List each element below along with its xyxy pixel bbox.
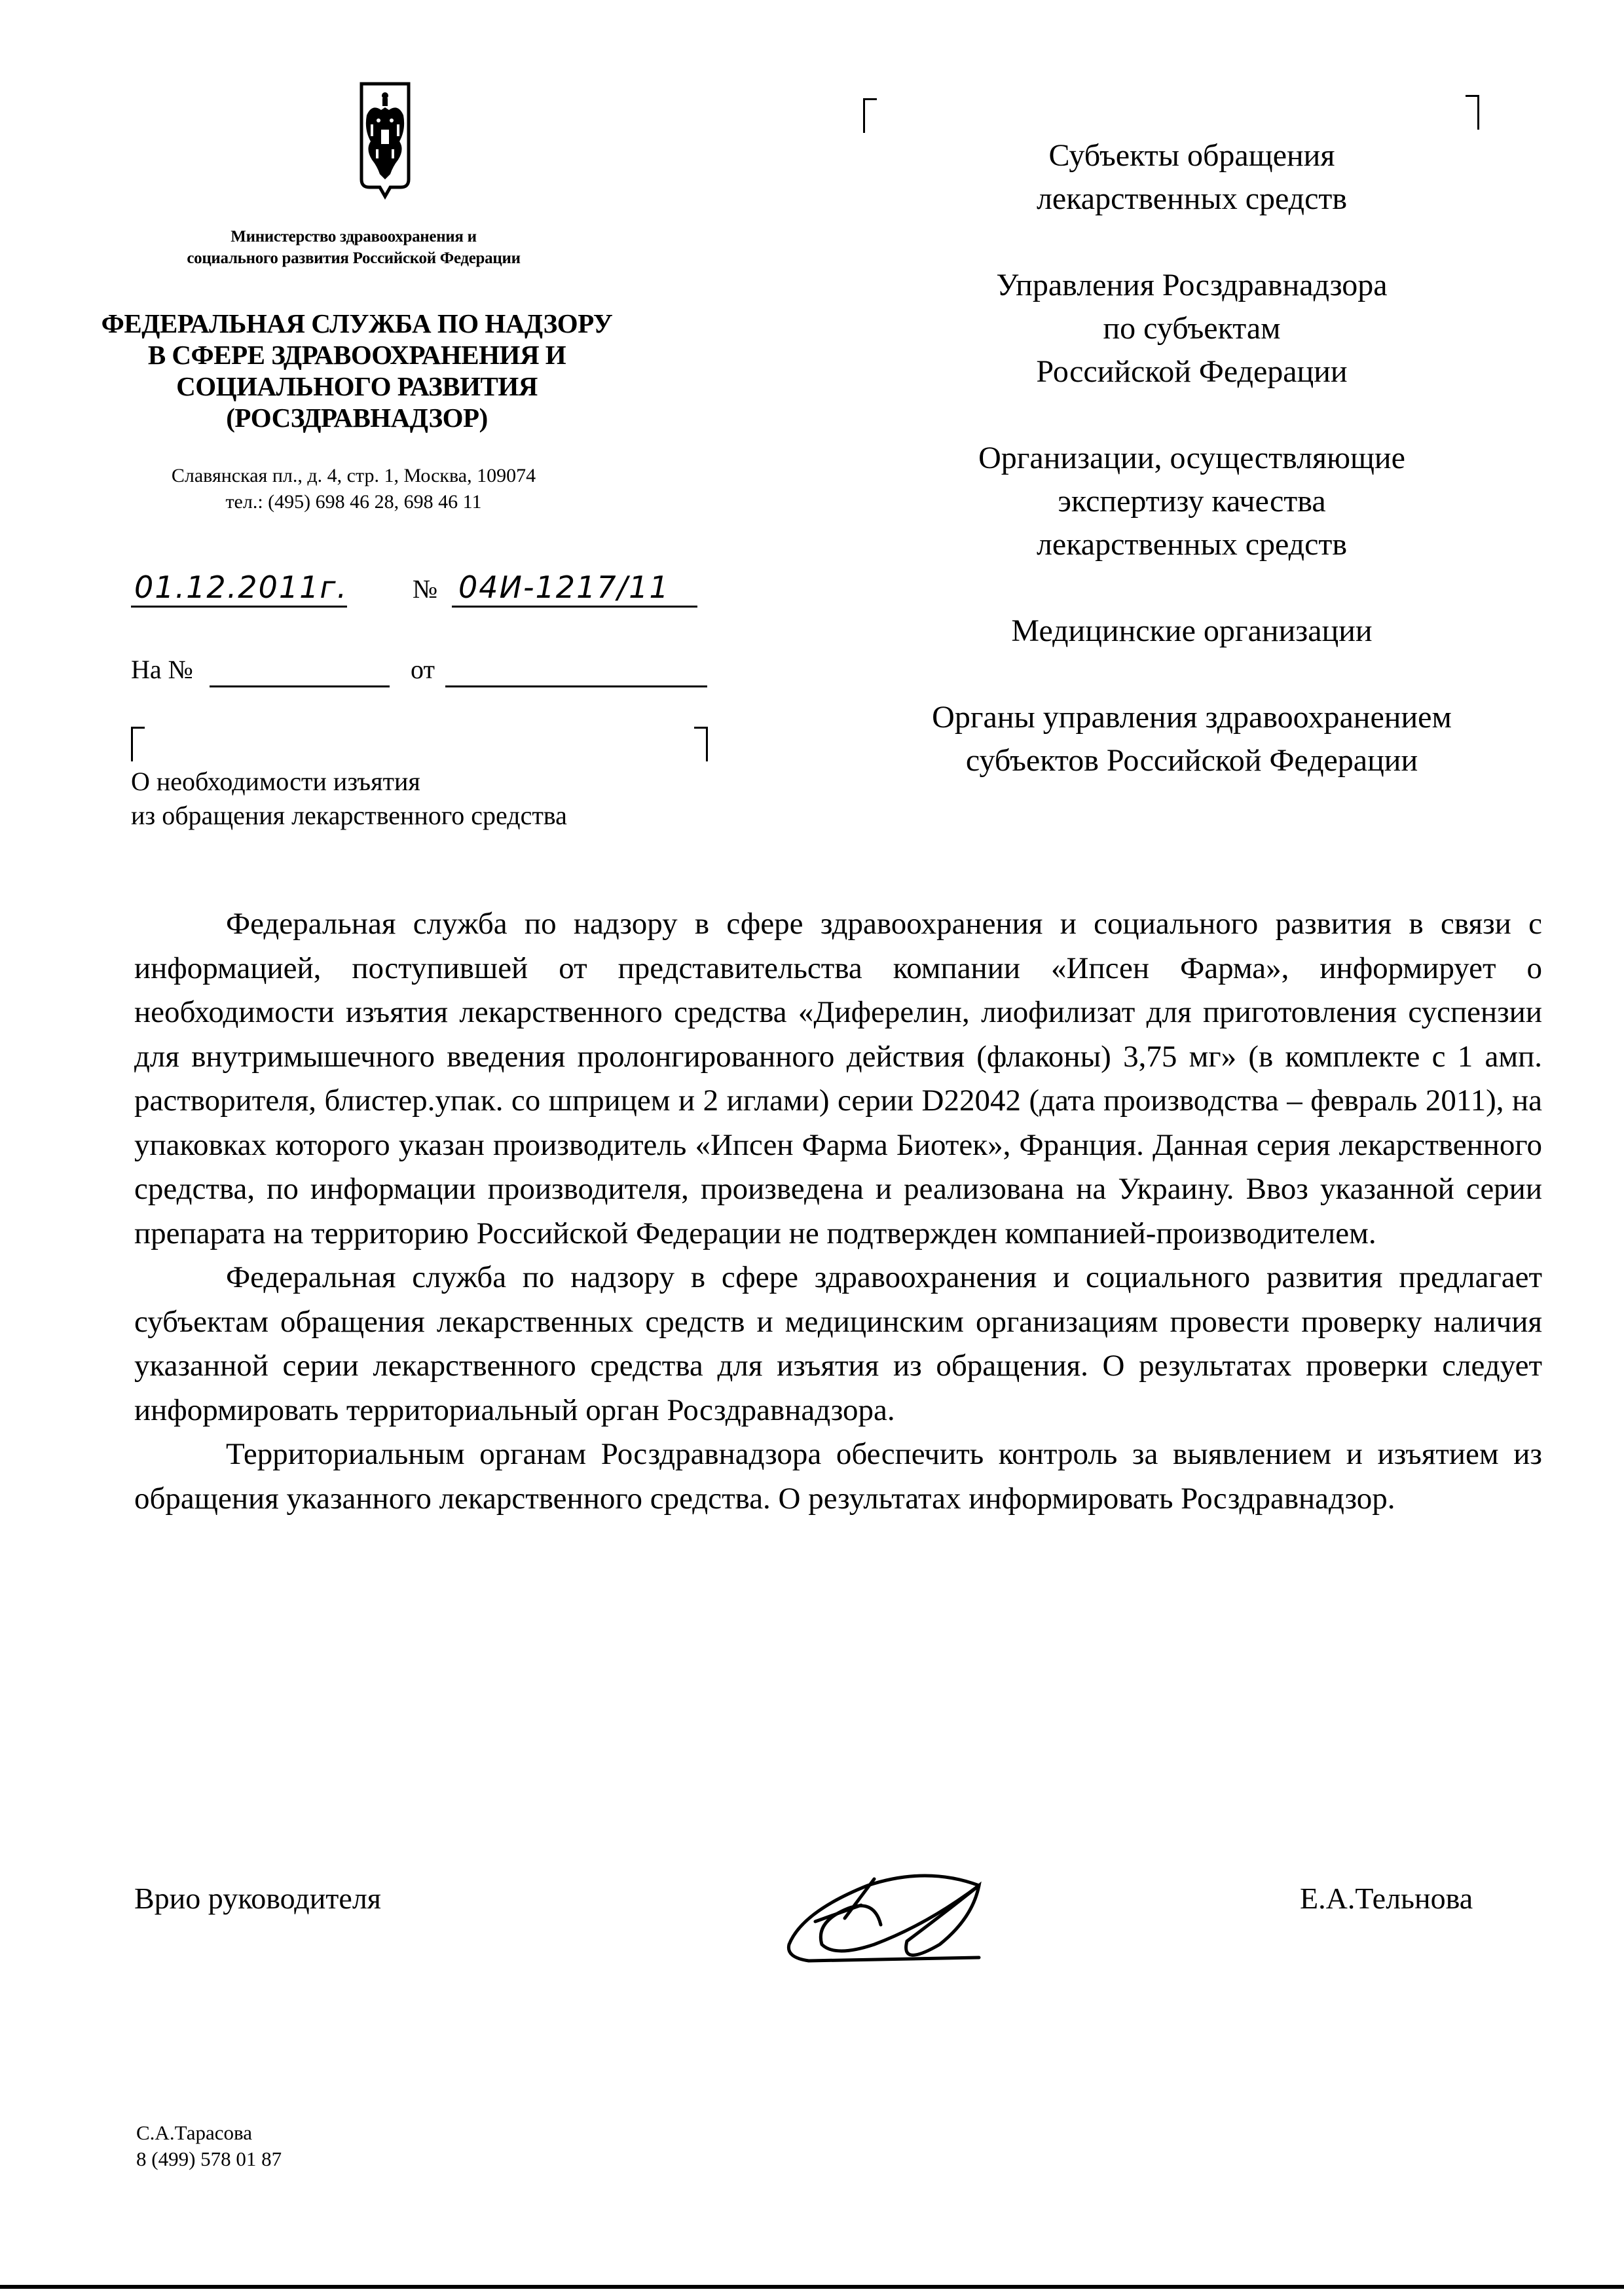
handwritten-signature-icon	[783, 1859, 1005, 1971]
service-name: ФЕДЕРАЛЬНАЯ СЛУЖБА ПО НАДЗОРУ В СФЕРЕ ЗД…	[72, 308, 642, 433]
addressee: Органы управления здравоохранением субъе…	[851, 696, 1532, 782]
addressee-line: Организации, осуществляющие	[851, 437, 1532, 480]
address-line: Славянская пл., д. 4, стр. 1, Москва, 10…	[98, 463, 609, 489]
outgoing-number-field: 04И-1217/11	[452, 570, 697, 608]
addressee-line: лекарственных средств	[851, 523, 1532, 566]
outgoing-date-field: 01.12.2011г.	[131, 570, 347, 608]
service-line: СОЦИАЛЬНОГО РАЗВИТИЯ	[72, 371, 642, 402]
body-paragraph: Территориальным органам Росздравнадзора …	[134, 1432, 1542, 1521]
addressee-line: по субъектам	[851, 307, 1532, 350]
executor-phone: 8 (499) 578 01 87	[136, 2146, 282, 2172]
ministry-line: Министерство здравоохранения и	[98, 226, 609, 247]
from-date-field	[445, 651, 707, 687]
service-address: Славянская пл., д. 4, стр. 1, Москва, 10…	[98, 463, 609, 515]
letter-body: Федеральная служба по надзору в сфере зд…	[134, 902, 1542, 1521]
reply-to-number-field	[210, 651, 390, 687]
executor-name: С.А.Тарасова	[136, 2120, 282, 2146]
addressee-line: субъектов Российской Федерации	[851, 739, 1532, 782]
addressee-line: лекарственных средств	[851, 177, 1532, 221]
executor-info: С.А.Тарасова 8 (499) 578 01 87	[136, 2120, 282, 2172]
phone-line: тел.: (495) 698 46 28, 698 46 11	[98, 489, 609, 515]
addressee: Организации, осуществляющие экспертизу к…	[851, 437, 1532, 566]
ministry-name: Министерство здравоохранения и социально…	[98, 226, 609, 269]
reply-to-label: На №	[131, 650, 193, 689]
addressee-list: Субъекты обращения лекарственных средств…	[851, 134, 1532, 826]
russian-coat-of-arms-icon	[359, 81, 411, 202]
addressee-line: Российской Федерации	[851, 350, 1532, 393]
addressee-line: Управления Росздравнадзора	[851, 264, 1532, 307]
signatory-name: Е.А.Тельнова	[1300, 1879, 1473, 1918]
letter-subject: О необходимости изъятия из обращения лек…	[131, 765, 720, 833]
subject-line: из обращения лекарственного средства	[131, 799, 720, 833]
number-label: №	[413, 570, 437, 609]
bracket-top-right	[1466, 95, 1479, 130]
addressee-line: Органы управления здравоохранением	[851, 696, 1532, 739]
ministry-line: социального развития Российской Федераци…	[98, 247, 609, 269]
addressee-line: Субъекты обращения	[851, 134, 1532, 177]
service-line: (РОСЗДРАВНАДЗОР)	[72, 402, 642, 433]
signatory-title: Врио руководителя	[134, 1879, 381, 1918]
body-paragraph: Федеральная служба по надзору в сфере зд…	[134, 1256, 1542, 1432]
service-line: В СФЕРЕ ЗДРАВООХРАНЕНИЯ И	[72, 339, 642, 371]
page-bottom-edge	[0, 2285, 1624, 2289]
bracket-top-left	[863, 98, 877, 133]
addressee-line: Медицинские организации	[851, 610, 1532, 653]
body-paragraph: Федеральная служба по надзору в сфере зд…	[134, 902, 1542, 1256]
addressee: Медицинские организации	[851, 610, 1532, 653]
bracket-top-right	[694, 727, 708, 761]
from-label: от	[411, 650, 435, 689]
subject-line: О необходимости изъятия	[131, 765, 720, 799]
addressee: Управления Росздравнадзора по субъектам …	[851, 264, 1532, 393]
service-line: ФЕДЕРАЛЬНАЯ СЛУЖБА ПО НАДЗОРУ	[72, 308, 642, 339]
addressee: Субъекты обращения лекарственных средств	[851, 134, 1532, 221]
addressee-line: экспертизу качества	[851, 480, 1532, 523]
bracket-top-left	[131, 727, 145, 761]
